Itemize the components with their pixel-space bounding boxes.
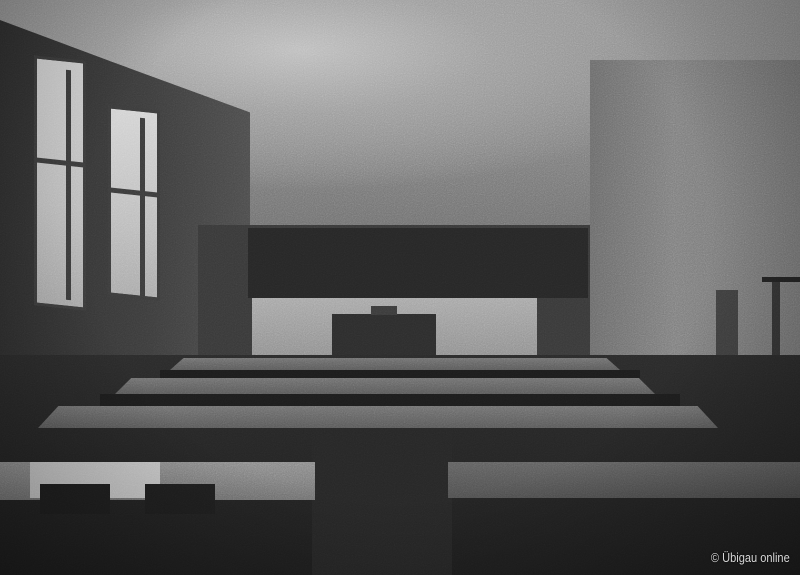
desk-row (170, 358, 620, 370)
desk-row (38, 406, 718, 428)
classroom-photo: © Übigau online (0, 0, 800, 575)
watermark-text: Übigau online (722, 550, 790, 565)
desk-object (371, 306, 397, 315)
chair-back (145, 484, 215, 514)
window-left-near (34, 55, 86, 310)
wall-panel (716, 290, 738, 360)
window-left-far (108, 105, 160, 300)
chair-back (40, 484, 110, 514)
copyright-watermark: © Übigau online (711, 550, 790, 565)
aisle (312, 430, 452, 575)
window-mullion (66, 70, 71, 301)
window-mullion (140, 118, 145, 299)
desk-row-shadow (160, 370, 640, 378)
front-desk-right (448, 462, 800, 498)
stand-crossbar (762, 277, 800, 282)
desk-row-shadow (100, 394, 680, 406)
copyright-symbol: © (711, 550, 719, 565)
desk-row (115, 378, 655, 394)
blackboard (248, 228, 588, 298)
